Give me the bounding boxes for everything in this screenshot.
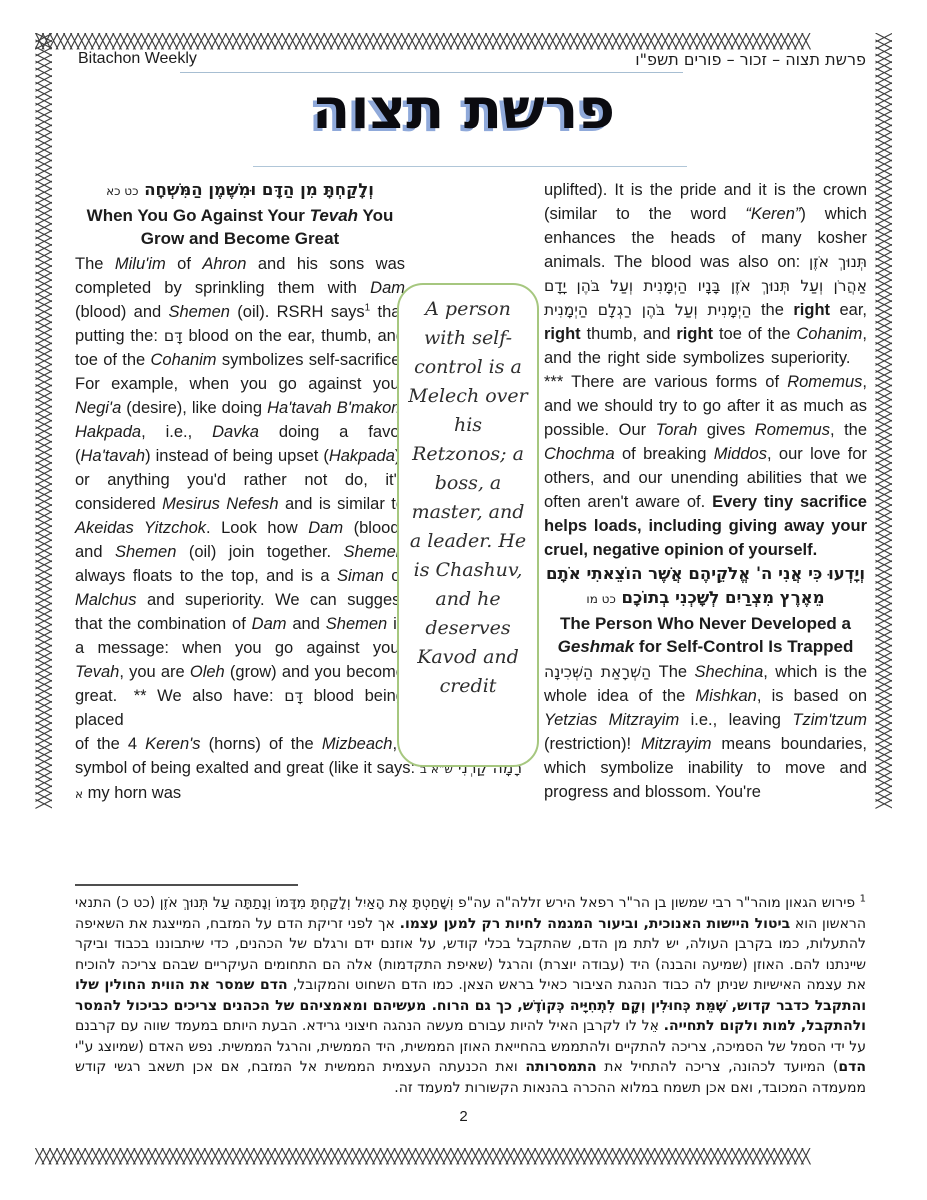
- hebrew-pasuk-text: וְלָקַחְתָּ מִן הַדָּם וּמִשֶּׁמֶן הַמִּ…: [144, 180, 374, 199]
- section-heading: When You Go Against Your Tevah You Grow …: [75, 204, 405, 250]
- left-column: וְלָקַחְתָּ מִן הַדָּם וּמִשֶּׁמֶן הַמִּ…: [75, 178, 405, 806]
- pasuk-reference: כט כא: [106, 184, 138, 198]
- footnote-text: 1 פירוש הגאון מוהר"ר רבי שמשון בן הר"ר ר…: [75, 893, 866, 1098]
- hebrew-pasuk-heading: וְלָקַחְתָּ מִן הַדָּם וּמִשֶּׁמֶן הַמִּ…: [75, 178, 405, 203]
- pull-quote-box: A person with self-control is a Melech o…: [397, 283, 539, 767]
- pull-quote-text: A person with self-control is a Melech o…: [408, 298, 527, 697]
- border-pattern-bottom: ╳╳╳╳╳╳╳╳╳╳╳╳╳╳╳╳╳╳╳╳╳╳╳╳╳╳╳╳╳╳╳╳╳╳╳╳╳╳╳╳…: [35, 1148, 892, 1165]
- page-title: פרשת תצוה: [0, 76, 927, 142]
- newsletter-name: Bitachon Weekly: [78, 50, 197, 68]
- header-underline: [180, 72, 683, 73]
- footnote-divider: [75, 884, 298, 886]
- page-number: 2: [0, 1108, 927, 1125]
- border-pattern-top: ╳╳╳╳╳╳╳╳╳╳╳╳╳╳╳╳╳╳╳╳╳╳╳╳╳╳╳╳╳╳╳╳╳╳╳╳╳╳╳╳…: [35, 33, 892, 50]
- right-column: uplifted). It is the pride and it is the…: [544, 178, 867, 804]
- body-paragraph: The Milu'im of Ahron and his sons was co…: [75, 252, 405, 732]
- body-paragraph: הַשְׁרָאַת הַשְּׁכִינָה The Shechina, wh…: [544, 660, 867, 804]
- border-pattern-left: ╳╳╳╳╳╳╳╳╳╳╳╳╳╳╳╳╳╳╳╳╳╳╳╳╳╳╳╳╳╳╳╳╳╳╳╳╳╳╳╳…: [35, 33, 52, 1165]
- title-divider: [253, 166, 687, 167]
- section-heading: The Person Who Never Developed a Geshmak…: [544, 612, 867, 658]
- verse-reference: כט מו: [586, 592, 615, 606]
- border-pattern-right: ╳╳╳╳╳╳╳╳╳╳╳╳╳╳╳╳╳╳╳╳╳╳╳╳╳╳╳╳╳╳╳╳╳╳╳╳╳╳╳╳…: [875, 33, 892, 1165]
- issue-title: פרשת תצוה – זכור – פורים תשפ"ו: [635, 50, 866, 69]
- body-paragraph: uplifted). It is the pride and it is the…: [544, 178, 867, 562]
- hebrew-verse: וְיָדְעוּ כִּי אֲנִי ה' אֱלֹקֵיהֶם אֲשֶׁ…: [544, 562, 867, 611]
